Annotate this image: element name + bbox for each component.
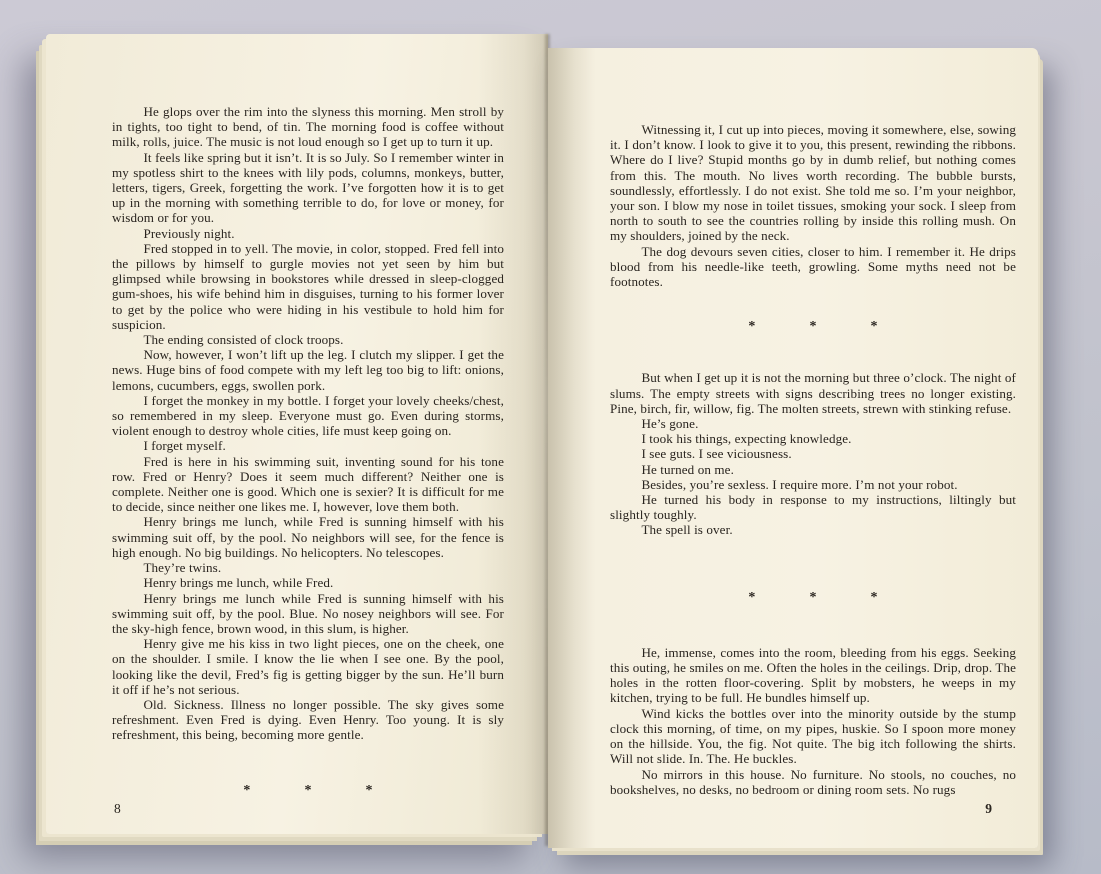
paragraph: He, immense, comes into the room, bleedi… xyxy=(610,645,1016,706)
right-page: Witnessing it, I cut up into pieces, mov… xyxy=(548,48,1038,848)
paragraph: I see guts. I see viciousness. xyxy=(610,446,1016,461)
paragraph: He turned on me. xyxy=(610,462,1016,477)
paragraph: Besides, you’re sexless. I require more.… xyxy=(610,477,1016,492)
book-photo-backdrop: He glops over the rim into the slyness t… xyxy=(0,0,1101,874)
paragraph: They’re twins. xyxy=(112,560,504,575)
paragraph: But when I get up it is not the morning … xyxy=(610,370,1016,416)
paragraph: It feels like spring but it isn’t. It is… xyxy=(112,150,504,226)
paragraph: Old. Sickness. Illness no longer possibl… xyxy=(112,697,504,743)
page-number-left: 8 xyxy=(114,801,121,817)
section-separator: * * * xyxy=(112,783,504,798)
paragraph: The spell is over. xyxy=(610,522,1016,537)
paragraph: Henry give me his kiss in two light piec… xyxy=(112,636,504,697)
paragraph: Henry brings me lunch, while Fred. xyxy=(112,575,504,590)
open-book: He glops over the rim into the slyness t… xyxy=(40,26,1038,848)
page-number-right: 9 xyxy=(985,801,992,817)
paragraph: No mirrors in this house. No furniture. … xyxy=(610,767,1016,797)
right-page-text: Witnessing it, I cut up into pieces, mov… xyxy=(610,122,1016,797)
paragraph: Previously night. xyxy=(112,226,504,241)
paragraph: Henry brings me lunch while Fred is sunn… xyxy=(112,591,504,637)
paragraph: Fred is here in his swimming suit, inven… xyxy=(112,454,504,515)
left-page-text: He glops over the rim into the slyness t… xyxy=(112,104,504,798)
paragraph: He turned his body in response to my ins… xyxy=(610,492,1016,522)
paragraph: Fred stopped in to yell. The movie, in c… xyxy=(112,241,504,332)
asterisk-glyph: * xyxy=(243,783,250,798)
paragraph: I forget myself. xyxy=(112,438,504,453)
paragraph: Henry brings me lunch, while Fred is sun… xyxy=(112,514,504,560)
paragraph: He’s gone. xyxy=(610,416,1016,431)
paragraph: I forget the monkey in my bottle. I forg… xyxy=(112,393,504,439)
asterisk-glyph: * xyxy=(809,319,816,334)
paragraph: I took his things, expecting knowledge. xyxy=(610,431,1016,446)
asterisk-glyph: * xyxy=(871,590,878,605)
section-separator: * * * xyxy=(610,590,1016,605)
section-separator: * * * xyxy=(610,319,1016,334)
paragraph: Witnessing it, I cut up into pieces, mov… xyxy=(610,122,1016,244)
paragraph: Wind kicks the bottles over into the min… xyxy=(610,706,1016,767)
asterisk-glyph: * xyxy=(748,590,755,605)
paragraph: He glops over the rim into the slyness t… xyxy=(112,104,504,150)
asterisk-glyph: * xyxy=(748,319,755,334)
left-page: He glops over the rim into the slyness t… xyxy=(46,34,548,834)
asterisk-glyph: * xyxy=(871,319,878,334)
paragraph: The dog devours seven cities, closer to … xyxy=(610,244,1016,290)
asterisk-glyph: * xyxy=(304,783,311,798)
asterisk-glyph: * xyxy=(366,783,373,798)
paragraph: Now, however, I won’t lift up the leg. I… xyxy=(112,347,504,393)
paragraph: The ending consisted of clock troops. xyxy=(112,332,504,347)
asterisk-glyph: * xyxy=(809,590,816,605)
